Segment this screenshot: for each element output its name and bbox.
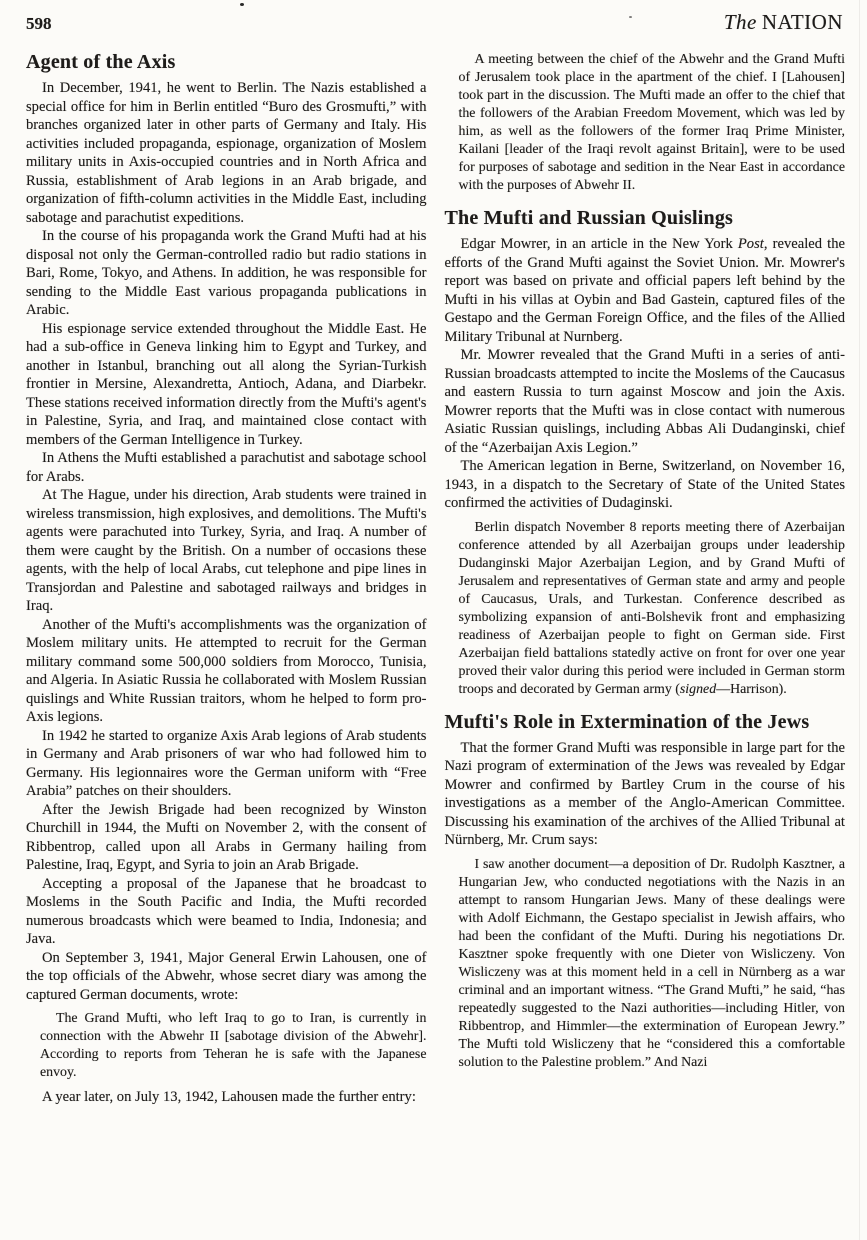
paragraph: Accepting a proposal of the Japanese tha… xyxy=(26,875,427,949)
section-heading-agent-of-the-axis: Agent of the Axis xyxy=(26,51,427,74)
paragraph: Mr. Mowrer revealed that the Grand Mufti… xyxy=(445,346,846,457)
scan-speck xyxy=(240,3,244,6)
signed-italic: signed xyxy=(680,682,716,697)
paragraph-text: Edgar Mowrer, in an article in the New Y… xyxy=(461,236,738,252)
paragraph: His espionage service extended throughou… xyxy=(26,320,427,450)
scan-speck xyxy=(629,16,632,18)
paragraph: Edgar Mowrer, in an article in the New Y… xyxy=(445,235,846,346)
magazine-title-nation: NATION xyxy=(762,10,843,34)
paragraph: That the former Grand Mufti was responsi… xyxy=(445,739,846,850)
paragraph: In December, 1941, he went to Berlin. Th… xyxy=(26,79,427,227)
paragraph: In 1942 he started to organize Axis Arab… xyxy=(26,727,427,801)
lahousen-diary-quote-continued: A meeting between the chief of the Abweh… xyxy=(459,51,846,195)
paragraph: In the course of his propaganda work the… xyxy=(26,227,427,320)
right-column: A meeting between the chief of the Abweh… xyxy=(445,51,846,1205)
scan-smudge: ~ xyxy=(788,740,797,758)
running-head: 598 TheNATION xyxy=(0,0,867,35)
magazine-page-scan: ~ 598 TheNATION Agent of the Axis In Dec… xyxy=(0,0,867,1240)
paragraph: In Athens the Mufti established a parach… xyxy=(26,449,427,486)
paragraph: At The Hague, under his direction, Arab … xyxy=(26,486,427,616)
two-column-body: Agent of the Axis In December, 1941, he … xyxy=(0,35,867,1205)
magazine-title: TheNATION xyxy=(724,10,843,35)
paragraph: On September 3, 1941, Major General Erwi… xyxy=(26,949,427,1005)
section-heading-mufti-and-russian-quislings: The Mufti and Russian Quislings xyxy=(445,207,846,230)
paragraph: Another of the Mufti's accomplishments w… xyxy=(26,616,427,727)
paragraph: After the Jewish Brigade had been recogn… xyxy=(26,801,427,875)
magazine-title-the: The xyxy=(724,10,757,34)
paragraph: The American legation in Berne, Switzerl… xyxy=(445,457,846,513)
paragraph-text: , revealed the efforts of the Grand Muft… xyxy=(445,236,846,345)
lahousen-diary-quote: The Grand Mufti, who left Iraq to go to … xyxy=(40,1010,427,1082)
section-heading-muftis-role-in-extermination: Mufti's Role in Extermination of the Jew… xyxy=(445,711,846,734)
quote-text: Berlin dispatch November 8 reports meeti… xyxy=(459,520,846,697)
crum-deposition-quote: I saw another document—a deposition of D… xyxy=(459,856,846,1072)
paragraph: A year later, on July 13, 1942, Lahousen… xyxy=(26,1088,427,1107)
scan-edge-line xyxy=(859,0,860,1240)
quote-text: —Harrison). xyxy=(716,682,787,697)
left-column: Agent of the Axis In December, 1941, he … xyxy=(26,51,427,1205)
newspaper-name-italic: Post xyxy=(738,236,764,252)
page-number: 598 xyxy=(26,14,52,34)
berlin-dispatch-quote: Berlin dispatch November 8 reports meeti… xyxy=(459,519,846,699)
